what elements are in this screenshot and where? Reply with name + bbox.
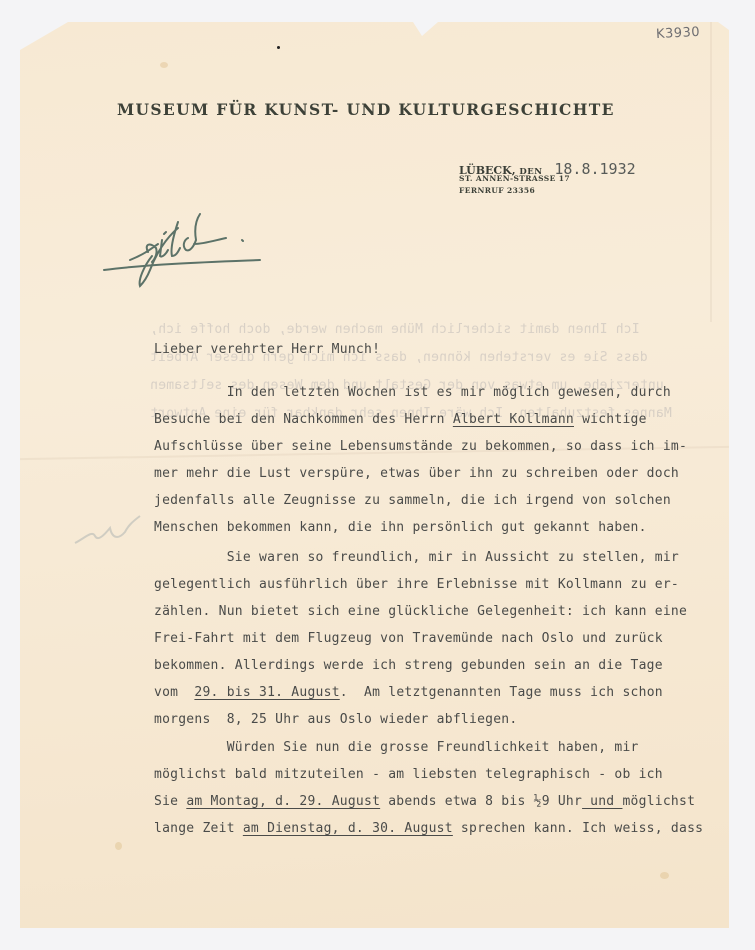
body-text: vom — [154, 685, 194, 700]
ink-dot — [277, 46, 280, 49]
body-text: abends etwa 8 bis ½9 Uhr — [380, 794, 582, 809]
body-line: In den letzten Wochen ist es mir möglich… — [154, 385, 671, 401]
body-line: morgens 8, 25 Uhr aus Oslo wieder abflie… — [154, 712, 517, 728]
body-line: Würden Sie nun die grosse Freundlichkeit… — [154, 740, 639, 756]
handwritten-filt-mark — [100, 208, 270, 288]
body-line: jedenfalls alle Zeugnisse zu sammeln, di… — [154, 493, 671, 509]
underlined-name: Albert Kollmann — [453, 412, 574, 427]
body-line: Sie waren so freundlich, mir in Aussicht… — [154, 550, 679, 566]
body-line: zählen. Nun bietet sich eine glückliche … — [154, 604, 687, 620]
body-line: möglichst bald mitzuteilen - am liebsten… — [154, 767, 663, 783]
archive-number: K3930 — [656, 25, 701, 42]
underlined-und: und — [582, 794, 622, 809]
body-text: Besuche bei den Nachkommen des Herrn — [154, 412, 453, 427]
body-text: Sie — [154, 794, 186, 809]
paper-stain — [660, 872, 669, 879]
body-line: lange Zeit am Dienstag, d. 30. August sp… — [154, 821, 703, 837]
body-text: möglichst — [622, 794, 695, 809]
body-text: wichtige — [574, 412, 647, 427]
letterhead-address: ST. ANNEN-STRASSE 17 — [459, 174, 570, 183]
body-line: Aufschlüsse über seine Lebensumstände zu… — [154, 439, 687, 455]
body-text: lange Zeit — [154, 821, 243, 836]
show-through-signature — [70, 508, 150, 553]
body-line: bekommen. Allerdings werde ich streng ge… — [154, 658, 663, 674]
body-line: gelegentlich ausführlich über ihre Erleb… — [154, 577, 679, 593]
body-line: vom 29. bis 31. August. Am letztgenannte… — [154, 685, 663, 701]
body-line: Besuche bei den Nachkommen des Herrn Alb… — [154, 412, 647, 428]
paper-stain — [160, 62, 168, 68]
underlined-monday: am Montag, d. 29. August — [186, 794, 380, 809]
body-line: Menschen bekommen kann, die ihn persönli… — [154, 520, 647, 536]
underlined-dates: 29. bis 31. August — [194, 685, 339, 700]
body-text: . Am letztgenannten Tage muss ich schon — [340, 685, 663, 700]
body-text: sprechen kann. Ich weiss, dass — [453, 821, 703, 836]
body-line: Sie am Montag, d. 29. August abends etwa… — [154, 794, 695, 810]
underlined-tuesday: am Dienstag, d. 30. August — [243, 821, 453, 836]
body-line: mer mehr die Lust verspüre, etwas über i… — [154, 466, 679, 482]
body-line: Frei-Fahrt mit dem Flugzeug von Travemün… — [154, 631, 663, 647]
paper-crease — [710, 22, 712, 322]
paper-stain — [115, 842, 122, 850]
show-through-text: Ich Ihnen damit sicherlich Mühe machen w… — [150, 322, 640, 337]
salutation: Lieber verehrter Herr Munch! — [154, 342, 380, 358]
letterhead-institution: MUSEUM FÜR KUNST- UND KULTURGESCHICHTE — [117, 100, 615, 119]
letterhead-phone: FERNRUF 23356 — [459, 186, 535, 195]
